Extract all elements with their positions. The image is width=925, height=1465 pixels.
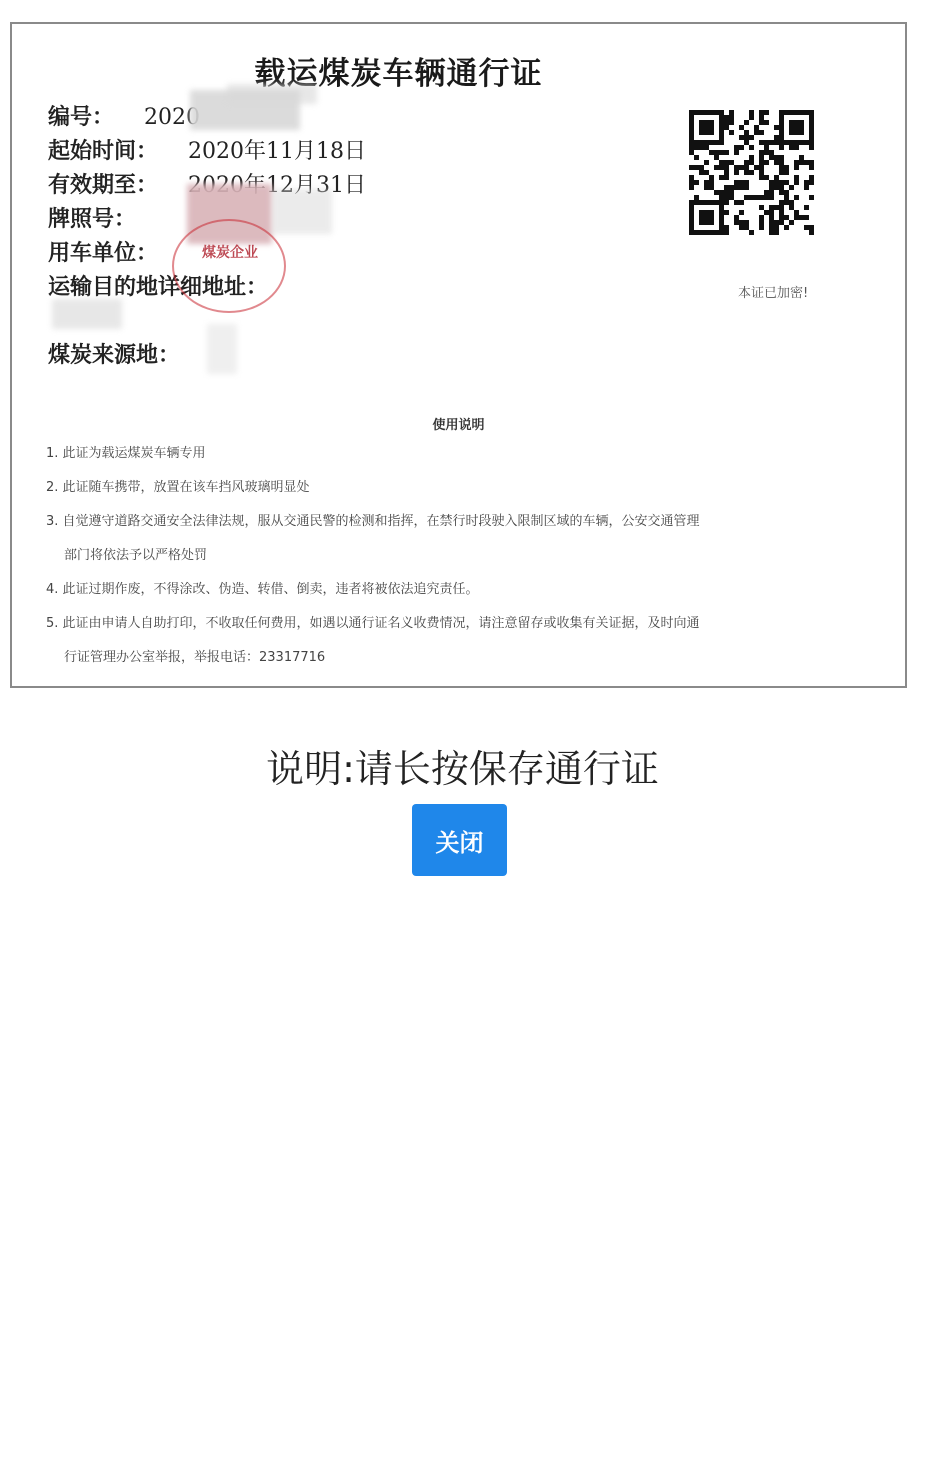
seal-text: 煤炭企业 [202, 242, 258, 262]
field-start-time: 起始时间：2020年11月18日 [48, 134, 366, 165]
field-coal-source: 煤炭来源地： [48, 338, 180, 369]
usage-notes-title: 使用说明 [12, 414, 905, 433]
usage-note: 5. 此证由申请人自助打印，不收取任何费用，如遇以通行证名义收费情况，请注意留存… [46, 607, 700, 641]
usage-note: 2. 此证随车携带，放置在该车挡风玻璃明显处 [46, 471, 310, 505]
redaction-blur [272, 189, 332, 234]
usage-note: 部门将依法予以严格处罚 [64, 539, 207, 573]
redaction-blur [207, 324, 237, 374]
close-button[interactable]: 关闭 [412, 804, 507, 876]
field-number: 编号：2020 [48, 100, 200, 131]
redaction-blur [227, 84, 317, 104]
usage-note: 1. 此证为载运煤炭车辆专用 [46, 437, 206, 471]
usage-note: 4. 此证过期作废，不得涂改、伪造、转借、倒卖，违者将被依法追究责任。 [46, 573, 479, 607]
official-seal [172, 219, 286, 313]
field-start-time-value: 2020年11月18日 [188, 139, 366, 164]
pass-certificate-image[interactable]: 载运煤炭车辆通行证 编号：2020 起始时间：2020年11月18日 有效期至：… [10, 22, 907, 688]
usage-note: 行证管理办公室举报，举报电话：23317716 [64, 641, 325, 675]
qr-code [689, 110, 814, 235]
field-vehicle-unit: 用车单位： [48, 236, 158, 267]
save-hint: 说明:请长按保存通行证 [0, 738, 925, 793]
usage-note: 3. 自觉遵守道路交通安全法律法规，服从交通民警的检测和指挥，在禁行时段驶入限制… [46, 505, 700, 539]
certificate-title: 载运煤炭车辆通行证 [12, 48, 905, 93]
field-plate-number: 牌照号： [48, 202, 136, 233]
redaction-blur [52, 299, 122, 329]
encrypted-note: 本证已加密! [738, 282, 808, 301]
